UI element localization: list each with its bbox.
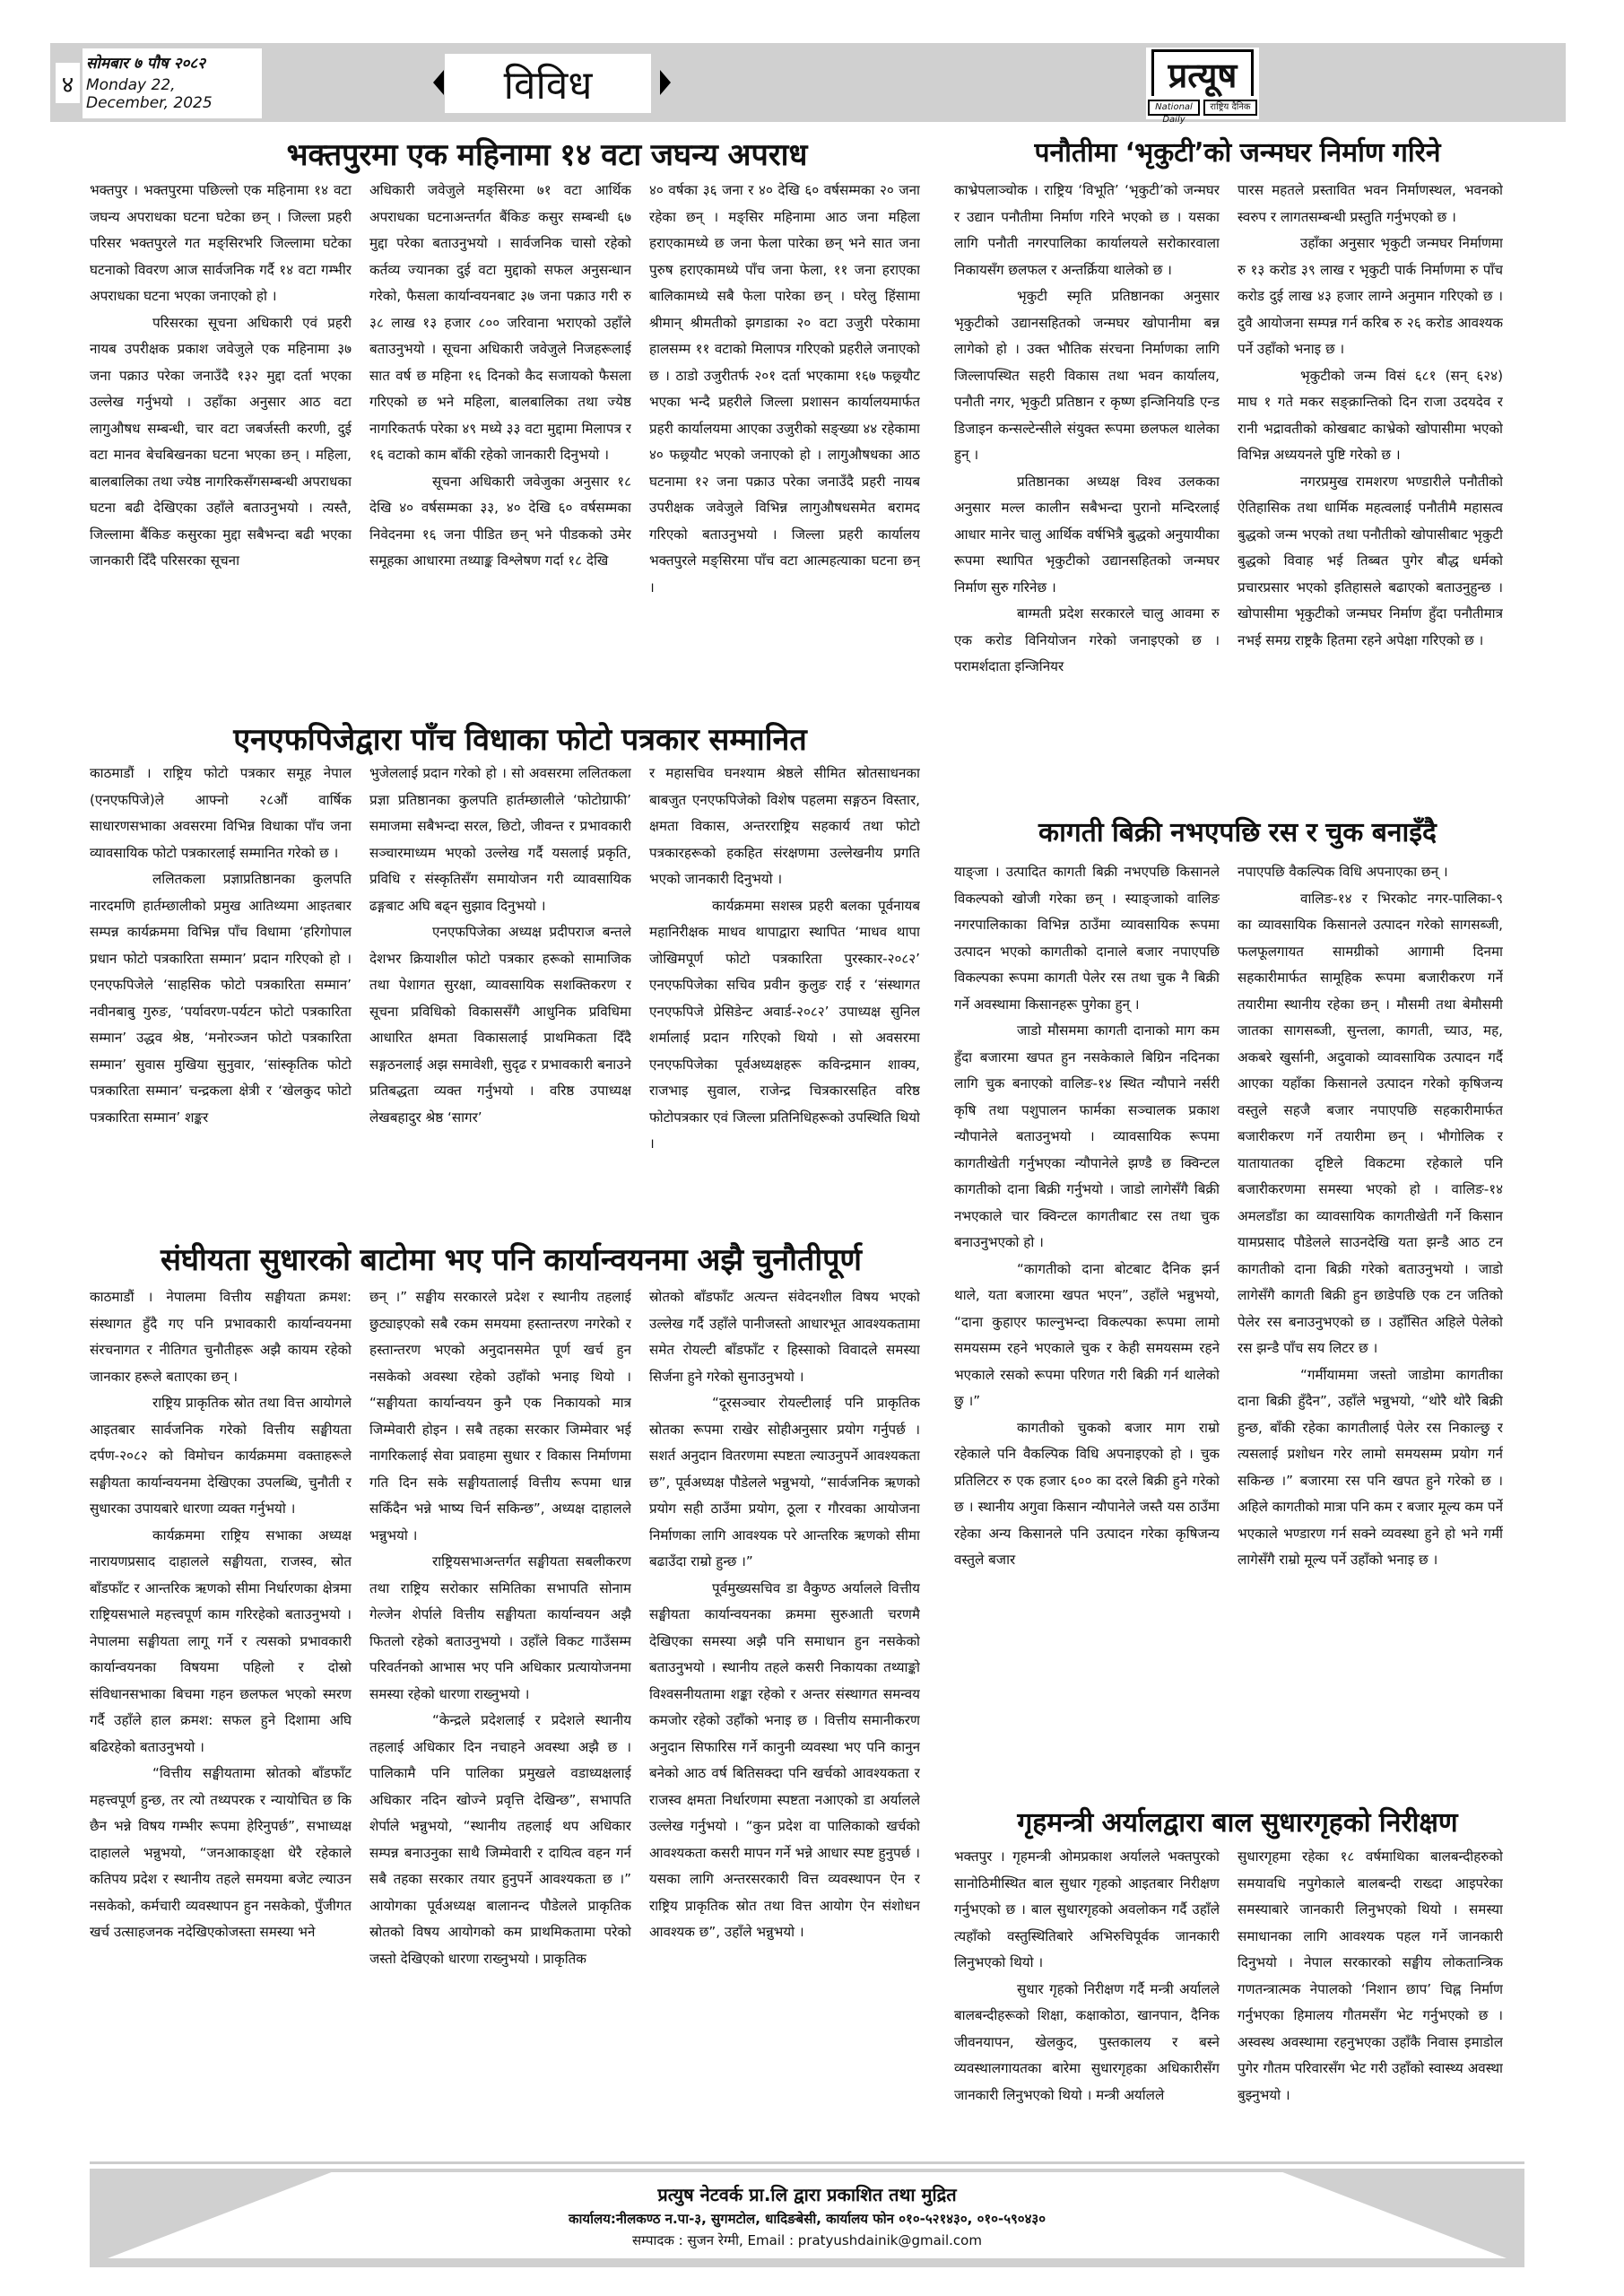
paragraph: अधिकारी जवेजुले मङ्सिरमा ७१ वटा आर्थिक अ…	[369, 178, 631, 469]
paragraph: छन् ।” सङ्घीय सरकारले प्रदेश र स्थानीय त…	[369, 1284, 631, 1549]
article-column: र महासचिव घनश्याम श्रेष्ठले सीमित स्रोतस…	[649, 761, 920, 1232]
headline-bhrikuti: पनौतीमा ‘भृकुटी’को जन्मघर निर्माण गरिने	[951, 133, 1524, 170]
logo-subtitle-en: National Daily	[1148, 100, 1200, 116]
article-column: पारस महतले प्रस्तावित भवन निर्माणस्थल, भ…	[1238, 178, 1503, 784]
article-column: ४० वर्षका ३६ जना र ४० देखि ६० वर्षसम्मका…	[649, 178, 920, 700]
paragraph: भृकुटीको जन्म विसं ६८१ (सन् ६२४) माघ १ ग…	[1238, 363, 1503, 469]
headline-bhaktapur-crime: भक्तपुरमा एक महिनामा १४ वटा जघन्य अपराध	[143, 133, 951, 174]
paragraph: नगरप्रमुख रामशरण भण्डारीले पनौतीको ऐतिहा…	[1238, 469, 1503, 655]
newspaper-logo: प्रत्यूष National Daily राष्ट्रिय दैनिक	[1146, 48, 1259, 119]
article-column: भक्तपुर । भक्तपुरमा पछिल्लो एक महिनामा १…	[90, 178, 352, 700]
headline-federalism: संघीयता सुधारको बाटोमा भए पनि कार्यान्वय…	[90, 1238, 933, 1279]
paragraph: ललितकला प्रज्ञाप्रतिष्ठानका कुलपति नारदम…	[90, 866, 352, 1131]
paragraph: र महासचिव घनश्याम श्रेष्ठले सीमित स्रोतस…	[649, 761, 920, 893]
article-column: काठमाडौं । नेपालमा वित्तीय सङ्घीयता क्रम…	[90, 1284, 352, 2152]
arrow-left-icon	[433, 70, 444, 95]
paragraph: भक्तपुर । भक्तपुरमा पछिल्लो एक महिनामा १…	[90, 178, 352, 310]
logo-title: प्रत्यूष	[1151, 49, 1254, 96]
date-english: Monday 22, December, 2025	[86, 76, 262, 112]
article-column: अधिकारी जवेजुले मङ्सिरमा ७१ वटा आर्थिक अ…	[369, 178, 631, 700]
paragraph: भक्तपुर । गृहमन्त्री ओमप्रकाश अर्यालले भ…	[954, 1844, 1220, 1977]
imprint-footer: प्रत्युष नेटवर्क प्रा.लि द्वारा प्रकाशित…	[90, 2169, 1524, 2267]
paragraph: सुधार गृहको निरीक्षण गर्दै मन्त्री अर्या…	[954, 1977, 1220, 2109]
headline-nfpj: एनएफपिजेद्वारा पाँच विधाका फोटो पत्रकार …	[108, 717, 933, 759]
article-column: सुधारगृहमा रहेका १८ वर्षमाथिका बालबन्दीह…	[1238, 1844, 1503, 2152]
arrow-right-icon	[660, 70, 671, 95]
section-title: विविध	[445, 54, 651, 113]
headline-home-minister: गृहमन्त्री अर्यालद्वारा बाल सुधारगृहको न…	[951, 1803, 1524, 1839]
logo-subtitle-np: राष्ट्रिय दैनिक	[1203, 100, 1257, 116]
article-column: याङ्जा । उत्पादित कागती बिक्री नभएपछि कि…	[954, 859, 1220, 1785]
paragraph: प्रतिष्ठानका अध्यक्ष विश्व उलकका अनुसार …	[954, 469, 1220, 602]
paragraph: सूचना अधिकारी जवेजुका अनुसार १८ देखि ४० …	[369, 469, 631, 575]
paragraph: राष्ट्रिय प्राकृतिक स्रोत तथा वित्त आयोग…	[90, 1390, 352, 1523]
paragraph: पूर्वमुख्यसचिव डा वैकुण्ठ अर्यालले वित्त…	[649, 1576, 920, 1946]
paragraph: वालिङ-१४ र भिरकोट नगर-पालिका-९ का व्यावस…	[1238, 886, 1503, 1362]
paragraph: उहाँका अनुसार भृकुटी जन्मघर निर्माणमा रु…	[1238, 230, 1503, 363]
paragraph: “वित्तीय सङ्घीयतामा स्रोतको बाँडफाँट महत…	[90, 1761, 352, 1946]
editor-email-line: सम्पादक : सुजन रेग्मी, Email : pratyushd…	[632, 2231, 982, 2249]
paragraph: काभ्रेपलाञ्चोक । राष्ट्रिय ‘विभूति’ ‘भृक…	[954, 178, 1220, 283]
paragraph: राष्ट्रियसभाअन्तर्गत सङ्घीयता सबलीकरण तथ…	[369, 1549, 631, 1708]
paragraph: ४० वर्षका ३६ जना र ४० देखि ६० वर्षसम्मका…	[649, 178, 920, 601]
paragraph: “कागतीको दाना बोटबाट दैनिक झर्न थाले, यत…	[954, 1257, 1220, 1415]
article-column: छन् ।” सङ्घीय सरकारले प्रदेश र स्थानीय त…	[369, 1284, 631, 2152]
date-box: सोमबार ७ पौष २०८२ Monday 22, December, 2…	[83, 48, 262, 118]
article-column: स्रोतको बाँडफाँट अत्यन्त संवेदनशील विषय …	[649, 1284, 920, 2152]
article-column: काभ्रेपलाञ्चोक । राष्ट्रिय ‘विभूति’ ‘भृक…	[954, 178, 1220, 784]
paragraph: याङ्जा । उत्पादित कागती बिक्री नभएपछि कि…	[954, 859, 1220, 1018]
paragraph: कागतीको चुकको बजार माग राम्रो रहेकाले पन…	[954, 1415, 1220, 1574]
paragraph: एनएफपिजेका अध्यक्ष प्रदीपराज बन्तले देशभ…	[369, 919, 631, 1131]
footer-divider	[90, 2161, 1524, 2164]
paragraph: जाडो मौसममा कागती दानाको माग कम हुँदा बज…	[954, 1018, 1220, 1257]
paragraph: कार्यक्रममा सशस्त्र प्रहरी बलका पूर्वनाय…	[649, 893, 920, 1158]
paragraph: काठमाडौं । नेपालमा वित्तीय सङ्घीयता क्रम…	[90, 1284, 352, 1390]
paragraph: बाग्मती प्रदेश सरकारले चालु आवमा रु एक क…	[954, 601, 1220, 681]
masthead-bar: ४ सोमबार ७ पौष २०८२ Monday 22, December,…	[50, 43, 1566, 122]
paragraph: “केन्द्रले प्रदेशलाई र प्रदेशले स्थानीय …	[369, 1708, 631, 1972]
article-column: काठमाडौं । राष्ट्रिय फोटो पत्रकार समूह न…	[90, 761, 352, 1232]
paragraph: भुजेललाई प्रदान गरेको हो । सो अवसरमा ललि…	[369, 761, 631, 919]
paragraph: पारस महतले प्रस्तावित भवन निर्माणस्थल, भ…	[1238, 178, 1503, 230]
paragraph: कार्यक्रममा राष्ट्रिय सभाका अध्यक्ष नारा…	[90, 1523, 352, 1761]
date-nepali: सोमबार ७ पौष २०८२	[86, 52, 262, 73]
article-column: नपाएपछि वैकल्पिक विधि अपनाएका छन् । वालि…	[1238, 859, 1503, 1785]
paragraph: काठमाडौं । राष्ट्रिय फोटो पत्रकार समूह न…	[90, 761, 352, 866]
article-column: भक्तपुर । गृहमन्त्री ओमप्रकाश अर्यालले भ…	[954, 1844, 1220, 2152]
paragraph: परिसरका सूचना अधिकारी एवं प्रहरी नायब उप…	[90, 310, 352, 575]
paragraph: नपाएपछि वैकल्पिक विधि अपनाएका छन् ।	[1238, 859, 1503, 886]
page-number: ४	[56, 63, 80, 103]
paragraph: सुधारगृहमा रहेका १८ वर्षमाथिका बालबन्दीह…	[1238, 1844, 1503, 2109]
paragraph: “गर्मीयाममा जस्तो जाडोमा कागतीका दाना बि…	[1238, 1362, 1503, 1574]
headline-lemon: कागती बिक्री नभएपछि रस र चुक बनाइँदै	[951, 813, 1524, 849]
article-column: भुजेललाई प्रदान गरेको हो । सो अवसरमा ललि…	[369, 761, 631, 1232]
imprint-box: प्रत्युष नेटवर्क प्रा.लि द्वारा प्रकाशित…	[108, 2172, 1507, 2258]
paragraph: “दूरसञ्चार रोयल्टीलाई पनि प्राकृतिक स्रो…	[649, 1390, 920, 1576]
paragraph: भृकुटी स्मृति प्रतिष्ठानका अनुसार भृकुटी…	[954, 283, 1220, 469]
publisher-line: प्रत्युष नेटवर्क प्रा.लि द्वारा प्रकाशित…	[657, 2182, 956, 2206]
paragraph: स्रोतको बाँडफाँट अत्यन्त संवेदनशील विषय …	[649, 1284, 920, 1390]
address-line: कार्यालय:नीलकण्ठ न.पा-३, सुगमटोल, धादिङब…	[569, 2210, 1046, 2228]
